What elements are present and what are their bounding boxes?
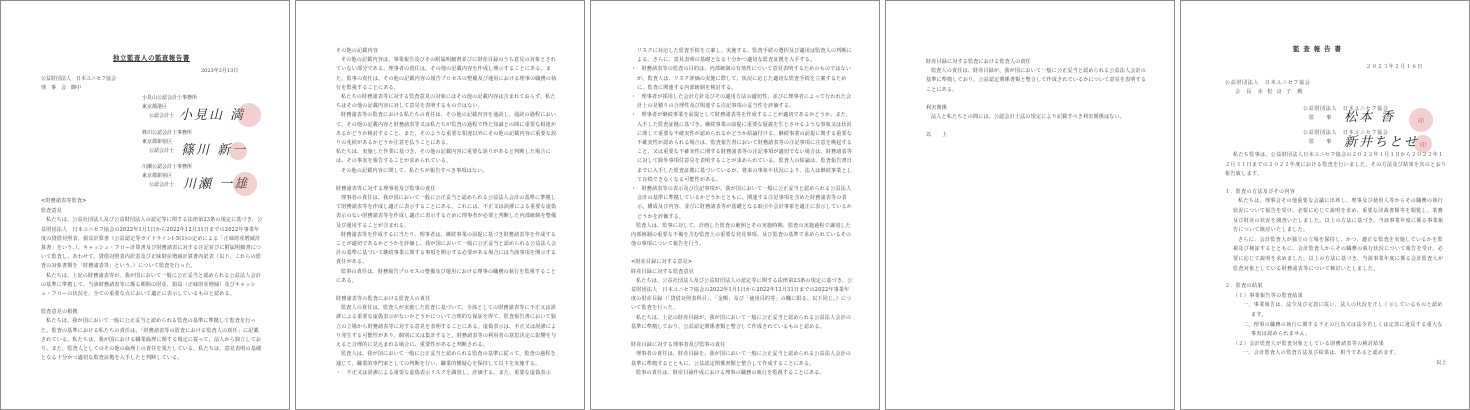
paragraph: 監査人の責任は、監査人が実施した監査に基づいて、全体としての財務諸表等に不正又は… (336, 304, 558, 350)
paragraph: 財務諸表等の監査における私たちの責任は、その他の記載内容を通読し、通読の過程にお… (336, 111, 558, 148)
report-date: 2023年2月13日 (201, 67, 238, 74)
document-page-2: その他の記載内容 その他の記載内容は、事業報告及びその附属明細書並びに財産目録の… (295, 0, 585, 410)
document-page-4: 財産目録に対する監査における監査人の責任 監査人の責任は、財産目録が、我が国にお… (885, 0, 1175, 410)
closing-text: 以 上 (926, 131, 1148, 140)
paragraph: 監査人は、我が国において一般に公正妥当と認められる監査の基準に従って、監査の過程… (336, 350, 558, 368)
paragraph: 私たちは、公益社団法人及び公益財団法人の認定等に関する法律第23条の規定に基づき… (631, 277, 853, 314)
paragraph: 監事の責任は、財務報告プロセスの整備及び運用における理事の職務の執行を監視するこ… (336, 268, 558, 286)
paragraph: 私たちは、実施した作業に基づき、その他の記載内容に重要な誤りがあると判断した場合… (336, 148, 558, 166)
document-page-5: 監査報告書 ２０２３年２月１６日 公益財団法人 日本ユニセフ協会 会 長 赤 松… (1180, 0, 1470, 410)
report-date: ２０２３年２月１６日 (1366, 63, 1423, 70)
section-heading: 財産目録に対する理事者及び監事の責任 (631, 341, 853, 350)
section-heading: １．監査の方法及びその内容 (1225, 188, 1447, 198)
section-heading: 監査意見の根拠 (41, 308, 263, 317)
paragraph: 私たちは、我が国において一般に公正妥当と認められる監査の基準に準拠して監査を行っ… (41, 317, 263, 363)
paragraph: 監査人は、監事に対して、計画した監査の範囲とその実施時期、監査の実施過程で識別し… (631, 222, 853, 250)
bullet-item: ・ 財務諸表等の監査の目的は、内部統制の有効性について意見表明するためのものでは… (631, 65, 853, 93)
paragraph: 理事者の責任は、財産目録を、我が国において一般に公正妥当と認められる公益法人会計… (631, 350, 853, 368)
auditor-location: 東京都港区 (142, 103, 167, 110)
paragraph: さらに、会計監査人が独立の立場を保持し、かつ、適正な監査を実施しているかを監視及… (1225, 236, 1447, 274)
signer-role: 監 事 (1309, 114, 1332, 121)
section-heading: 監査意見 (41, 207, 263, 216)
paragraph: 財務諸表等を作成するに当たり、理事者は、継続事業の前提に基づき財務諸表等を作成す… (336, 231, 558, 268)
page-body: <財務諸表等監査> 監査意見 私たちは、公益社団法人及び公益財団法人の認定等に関… (41, 197, 263, 363)
paragraph: 監査人の責任は、財産目録が、我が国において一般に公正妥当と認められる公益法人会計… (926, 67, 1148, 95)
page-body: 私たち監事は、公益財団法人日本ユニセフ協会の２０２２年１月１日から２０２２年１２… (1225, 151, 1447, 368)
section-heading: その他の記載内容 (336, 47, 558, 56)
paragraph: リスクに対応した監査手続を立案し、実施する。監査手続の選択及び適用は監査人の判断… (631, 47, 853, 65)
paragraph: 私たち監事は、公益財団法人日本ユニセフ協会の２０２２年１月１日から２０２２年１２… (1225, 151, 1447, 180)
section-heading: <財産目録に対する意見> (631, 258, 853, 267)
seal-stamp (229, 142, 247, 160)
auditor-firm: 篠川公認会計士事務所 (142, 129, 192, 136)
bullet-item: ・ 財務諸表等の表示及び注記事項が、我が国において一般に公正妥当と認められる公益… (631, 185, 853, 222)
document-page-1: 独立監査人の監査報告書 2023年2月13日 公益財団法人 日本ユニセフ協会 理… (0, 0, 290, 410)
seal-stamp: 印 (1409, 108, 1433, 132)
seal-stamp (237, 103, 261, 127)
paragraph: 監事の責任は、財産目録作成における理事の職務の執行を監視することにある。 (631, 369, 853, 378)
paragraph: その他の記載内容は、事業報告及びその附属明細書並びに財産目録のうち意見の対象とさ… (336, 56, 558, 93)
page-body: リスクに対応した監査手続を立案し、実施する。監査手続の選択及び適用は監査人の判断… (631, 47, 853, 378)
auditor-signature: 小見山 満 (179, 104, 245, 123)
section-heading: <財務諸表等監査> (41, 197, 263, 206)
bullet-item: ・ 理事者が採用した会計方針及びその適用方法の適切性、並びに理事者によって行われ… (631, 93, 853, 111)
result-item: 一、会計監査人の監査方法及び結果は、相当であると認めます。 (1225, 349, 1447, 359)
signer-signature: 新井ちとせ (1344, 131, 1419, 150)
document-page-3: リスクに対応した監査手続を立案し、実施する。監査手続の選択及び適用は監査人の判断… (590, 0, 880, 410)
page-body: 財産目録に対する監査における監査人の責任 監査人の責任は、財産目録が、我が国にお… (926, 58, 1148, 140)
addressee-org: 公益財団法人 日本ユニセフ協会 (41, 75, 116, 82)
bullet-item: ・ 不正又は誤謬による重要な虚偽表示リスクを識別し、評価する。また、重要な虚偽表… (336, 369, 558, 378)
subsection-heading: （２）会計監査人が監査対象としている財務諸表等の検討結果 (1225, 340, 1447, 350)
closing-text: 以上 (1225, 359, 1447, 369)
signer-role: 監 事 (1309, 138, 1332, 145)
auditor-role: 公認会計士 (149, 181, 174, 188)
addressee-org: 公益財団法人 日本ユニセフ協会 (1225, 79, 1311, 86)
paragraph: その他の記載内容に関して、私たちが報告すべき事項はない。 (336, 167, 558, 176)
paragraph: 私たちは、上記の財務諸表等が、我が国において一般に公正妥当と認められる公益法人会… (41, 272, 263, 300)
subsection-heading: （１）事業報告等の監査結果 (1225, 292, 1447, 302)
result-item: 二、理事の職務の執行に関する不正の行為又は法令若しくは定款に違反する重大な事実は… (1225, 321, 1447, 340)
auditor-role: 公認会計士 (149, 147, 174, 154)
paragraph: 私たちは、上記の財産目録が、我が国において一般に公正妥当と認められる公益法人会計… (631, 314, 853, 332)
addressee: 理 事 会 御中 (41, 84, 81, 91)
auditor-firm: 川瀬公認会計士事務所 (142, 163, 192, 170)
section-heading: 財産目録に対する監査における監査人の責任 (926, 58, 1148, 67)
section-heading: ２．監査の結果 (1225, 282, 1447, 292)
auditor-role: 公認会計士 (149, 112, 174, 119)
paragraph: 理事者の責任は、我が国において一般に公正妥当と認められる公益法人会計の基準に準拠… (336, 194, 558, 231)
page-title: 監査報告書 (1293, 44, 1345, 53)
paragraph: 法人と私たちとの間には、公認会計士法の規定により記載すべき利害関係はない。 (926, 113, 1148, 122)
addressee: 会 長 赤 松 良 子 殿 (1235, 88, 1303, 95)
paragraph: 私たちは、公益社団法人及び公益財団法人の認定等に関する法律第23条の規定に基づき… (41, 216, 263, 271)
section-heading: 財産目録に対する監査意見 (631, 268, 853, 277)
auditor-firm: 小見山公認会計士事務所 (142, 94, 197, 101)
result-item: 一、事業報告は、法令及び定款に従い、法人の状況を正しく示しているものと認めます。 (1225, 301, 1447, 320)
paragraph: 私たちの財務諸表等に対する監査意見の対象にはその他の記載内容は含まれておらず、私… (336, 93, 558, 111)
seal-stamp (233, 172, 257, 196)
section-heading: 財務諸表等に対する理事者及び監事の責任 (336, 185, 558, 194)
section-heading: 財務諸表等の監査における監査人の責任 (336, 295, 558, 304)
page-title: 独立監査人の監査報告書 (113, 53, 190, 62)
bullet-item: ・ 理事者が継続事業を前提として財務諸表等を作成することが適切であるかどうか、ま… (631, 111, 853, 185)
auditor-location: 東京都新宿区 (142, 172, 172, 179)
section-heading: 利害関係 (926, 104, 1148, 113)
signer-signature: 松本 香 (1344, 106, 1395, 125)
paragraph: 私たちは、理事会その他重要な会議に出席し、理事及び使用人等からその職務の執行状況… (1225, 197, 1447, 235)
auditor-location: 東京都新宿区 (142, 138, 172, 145)
page-body: その他の記載内容 その他の記載内容は、事業報告及びその附属明細書並びに財産目録の… (336, 47, 558, 378)
